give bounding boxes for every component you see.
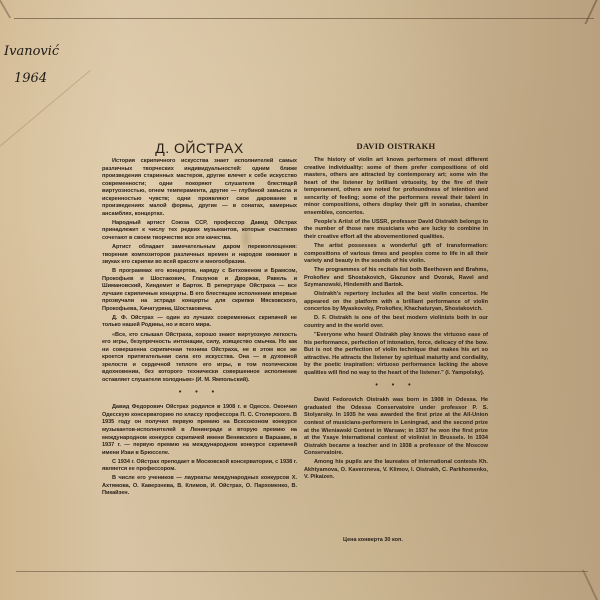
russian-title: Д. ОЙСТРАХ — [102, 140, 297, 156]
sleeve-price: Цена конверта 30 коп. — [343, 537, 403, 543]
ru-paragraph: С 1934 г. Ойстрах преподает в Московской… — [102, 459, 297, 474]
paper-crease — [0, 70, 91, 264]
en-section-divider: • • • — [304, 380, 488, 392]
russian-column: Д. ОЙСТРАХ История скрипичного искусства… — [102, 140, 297, 499]
ru-paragraph: Давид Федорович Ойстрах родился в 1908 г… — [102, 404, 297, 457]
english-title: DAVID OISTRAKH — [304, 140, 488, 153]
en-paragraph: D. F. Oistrakh is one of the best modern… — [304, 315, 488, 330]
ru-section-divider: • • • — [102, 387, 297, 399]
en-paragraph: Oistrakh's repertory includes all the be… — [304, 291, 488, 314]
sleeve-fold-top-left — [0, 0, 11, 18]
handwritten-year: 1964 — [4, 65, 59, 92]
sleeve-fold-bottom-right — [582, 570, 598, 600]
handwritten-note: Ivanović 1964 — [4, 38, 59, 92]
ru-paragraph: «Все, кто слышал Ойстраха, хорошо знают … — [102, 332, 297, 385]
sleeve-fold-bottom — [16, 571, 588, 572]
ru-paragraph: Артист обладает замечательным даром пере… — [102, 244, 297, 267]
ru-paragraph: В числе его учеников — лауреаты междунар… — [102, 475, 297, 498]
ru-paragraph: В программах его концертов, наряду с Бет… — [102, 268, 297, 313]
en-paragraph: The programmes of his recitals list both… — [304, 267, 488, 290]
en-paragraph: "Everyone who heard Oistrakh play knows … — [304, 332, 488, 377]
handwritten-name: Ivanović — [4, 38, 59, 65]
ru-paragraph: История скрипичного искусства знает испо… — [102, 158, 297, 218]
ru-paragraph: Народный артист Союза ССР, профессор Дав… — [102, 220, 297, 243]
en-paragraph: People's Artist of the USSR, professor D… — [304, 219, 488, 242]
en-paragraph: The artist possesses a wonderful gift of… — [304, 243, 488, 266]
en-paragraph: Among his pupils are the laureates of in… — [304, 459, 488, 482]
english-column: DAVID OISTRAKH The history of violin art… — [304, 140, 488, 483]
sleeve-fold-top — [14, 18, 594, 19]
en-paragraph: The history of violin art knows performe… — [304, 157, 488, 217]
ru-paragraph: Д. Ф. Ойстрах — один из лучших современн… — [102, 315, 297, 330]
sleeve-fold-top-right — [584, 0, 597, 24]
en-paragraph: David Fedorovich Oistrakh was born in 19… — [304, 397, 488, 457]
